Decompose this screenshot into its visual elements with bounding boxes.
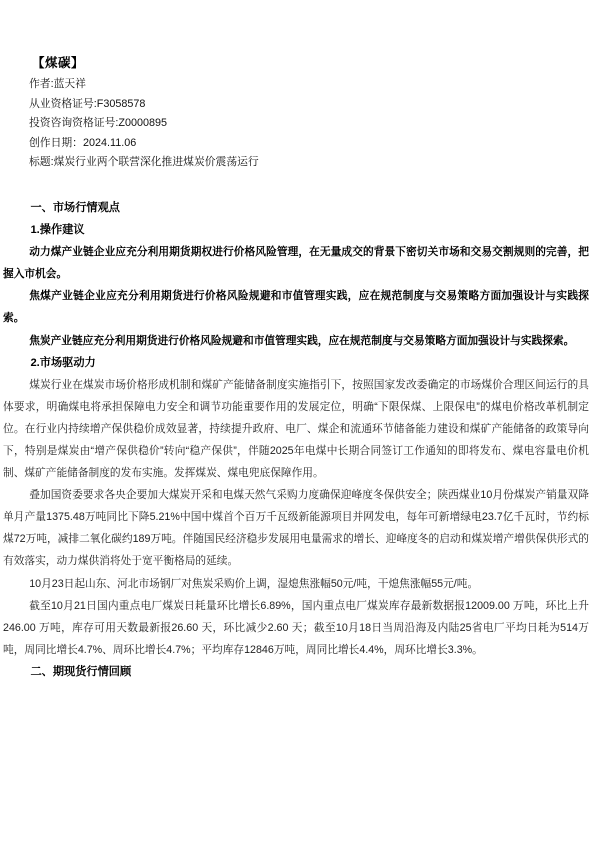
paragraph: 焦炭产业链应充分利用期货进行价格风险规避和市值管理实践，应在规范制度与交易策略方… bbox=[3, 330, 589, 352]
paragraph: 动力煤产业链企业应充分利用期货期权进行价格风险管理，在无量成交的背景下密切关市场… bbox=[3, 241, 589, 285]
paragraph: 10月23日起山东、河北市场钢厂对焦炭采购价上调，湿熄焦涨幅50元/吨，干熄焦涨… bbox=[3, 573, 589, 595]
paragraph: 截至10月21日国内重点电厂煤炭日耗量环比增长6.89%，国内重点电厂煤炭库存最… bbox=[3, 595, 589, 661]
paragraph: 煤炭行业在煤炭市场价格形成机制和煤矿产能储备制度实施指引下，按照国家发改委确定的… bbox=[3, 374, 589, 484]
meta-line: 创作日期：2024.11.06 bbox=[29, 134, 589, 154]
meta-line: 作者:蓝天祥 bbox=[29, 75, 589, 95]
section-heading: 一、市场行情观点 bbox=[3, 197, 589, 219]
document-page: 【煤碳】 作者:蓝天祥从业资格证号:F3058578投资咨询资格证号:Z0000… bbox=[0, 0, 595, 842]
report-body: 一、市场行情观点1.操作建议动力煤产业链企业应充分利用期货期权进行价格风险管理，… bbox=[3, 197, 589, 683]
meta-line: 标题:煤炭行业两个联营深化推进煤炭价震荡运行 bbox=[29, 153, 589, 173]
paragraph: 焦煤产业链企业应充分利用期货进行价格风险规避和市值管理实践，应在规范制度与交易策… bbox=[3, 285, 589, 329]
report-title: 【煤碳】 bbox=[32, 53, 589, 73]
paragraph: 叠加国资委要求各央企要加大煤炭开采和电煤天然气采购力度确保迎峰度冬保供安全；陕西… bbox=[3, 484, 589, 572]
meta-line: 从业资格证号:F3058578 bbox=[29, 95, 589, 115]
section-heading: 2.市场驱动力 bbox=[3, 352, 589, 374]
report-meta: 作者:蓝天祥从业资格证号:F3058578投资咨询资格证号:Z0000895创作… bbox=[29, 75, 589, 173]
meta-line: 投资咨询资格证号:Z0000895 bbox=[29, 114, 589, 134]
report-header: 【煤碳】 作者:蓝天祥从业资格证号:F3058578投资咨询资格证号:Z0000… bbox=[29, 53, 589, 173]
section-heading: 二、期现货行情回顾 bbox=[3, 661, 589, 683]
section-heading: 1.操作建议 bbox=[3, 219, 589, 241]
